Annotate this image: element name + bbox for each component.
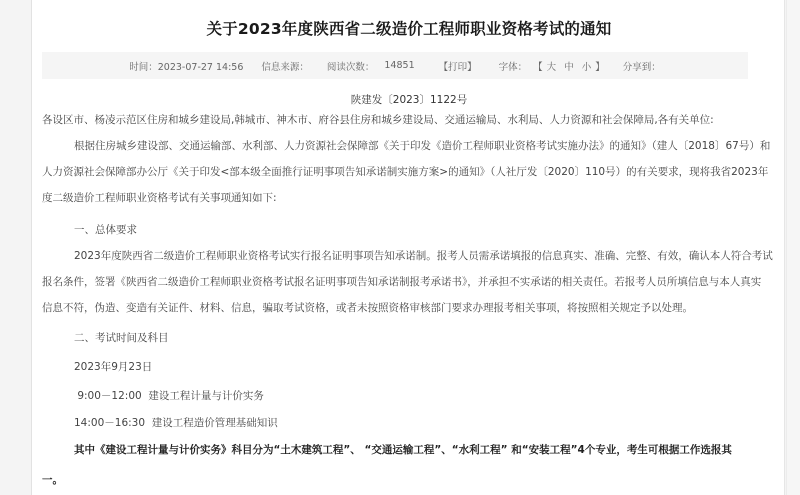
font-size-label: 字体： [499, 59, 528, 73]
recipients-line: 各设区市、杨凌示范区住房和城乡建设局,韩城市、神木市、府谷县住房和城乡建设局、交… [42, 107, 762, 133]
font-size-small-link[interactable]: 小 [582, 59, 592, 73]
article-meta-bar: 时间：2023-07-27 14:56 信息来源： 阅读次数： 14851 【打… [42, 52, 748, 79]
read-count-value: 14851 [384, 60, 414, 71]
page-background: 关于2023年度陕西省二级造价工程师职业资格考试的通知 时间：2023-07-2… [0, 0, 800, 495]
font-size-medium-link[interactable]: 中 [564, 59, 574, 73]
font-bracket-open: 【 [533, 59, 543, 73]
article-title: 关于2023年度陕西省二级造价工程师职业资格考试的通知 [32, 17, 786, 39]
exam-session-afternoon: 14:00－16:30 建设工程造价管理基础知识 [42, 410, 762, 436]
document-number: 陕建发〔2023〕1122号 [32, 92, 786, 107]
read-count-label: 阅读次数： [327, 59, 375, 73]
section-1-heading: 一、总体要求 [42, 217, 762, 243]
section-2-heading: 二、考试时间及科目 [42, 325, 762, 351]
exam-session-morning: 9:00－12:00 建设工程计量与计价实务 [42, 383, 762, 409]
page-scrollbar-gutter[interactable] [786, 0, 800, 495]
time-label: 时间： [129, 59, 158, 73]
exam-date: 2023年9月23日 [42, 354, 762, 380]
share-label: 分享到： [623, 59, 661, 73]
intro-line-2: 人力资源社会保障部办公厅《关于印发<部本级全面推行证明事项告知承诺制实施方案>的… [42, 159, 762, 185]
font-size-large-link[interactable]: 大 [547, 59, 557, 73]
section-1-line-3: 信息不符，伪造、变造有关证件、材料、信息，骗取考试资格，或者未按照资格审核部门要… [42, 295, 762, 321]
section-1-line-2: 报名条件，签署《陕西省二级造价工程师职业资格考试报名证明事项告知承诺制报考承诺书… [42, 269, 762, 295]
intro-line-3: 度二级造价工程师职业资格考试有关事项通知如下: [42, 185, 762, 211]
article-container: 关于2023年度陕西省二级造价工程师职业资格考试的通知 时间：2023-07-2… [31, 0, 785, 495]
font-bracket-close: 】 [595, 59, 605, 73]
info-source-label: 信息来源： [261, 59, 309, 73]
subject-note-line-1: 其中《建设工程计量与计价实务》科目分为“土木建筑工程”、 “交通运输工程”、“水… [42, 437, 762, 463]
subject-note-line-2: 一。 [42, 467, 762, 493]
intro-line-1: 根据住房城乡建设部、交通运输部、水利部、人力资源社会保障部《关于印发《造价工程师… [42, 133, 762, 159]
print-link[interactable]: 【打印】 [439, 59, 477, 73]
section-1-line-1: 2023年度陕西省二级造价工程师职业资格考试实行报名证明事项告知承诺制。报考人员… [42, 243, 762, 269]
publish-time: 时间：2023-07-27 14:56 [129, 59, 243, 73]
time-value: 2023-07-27 14:56 [158, 62, 244, 73]
